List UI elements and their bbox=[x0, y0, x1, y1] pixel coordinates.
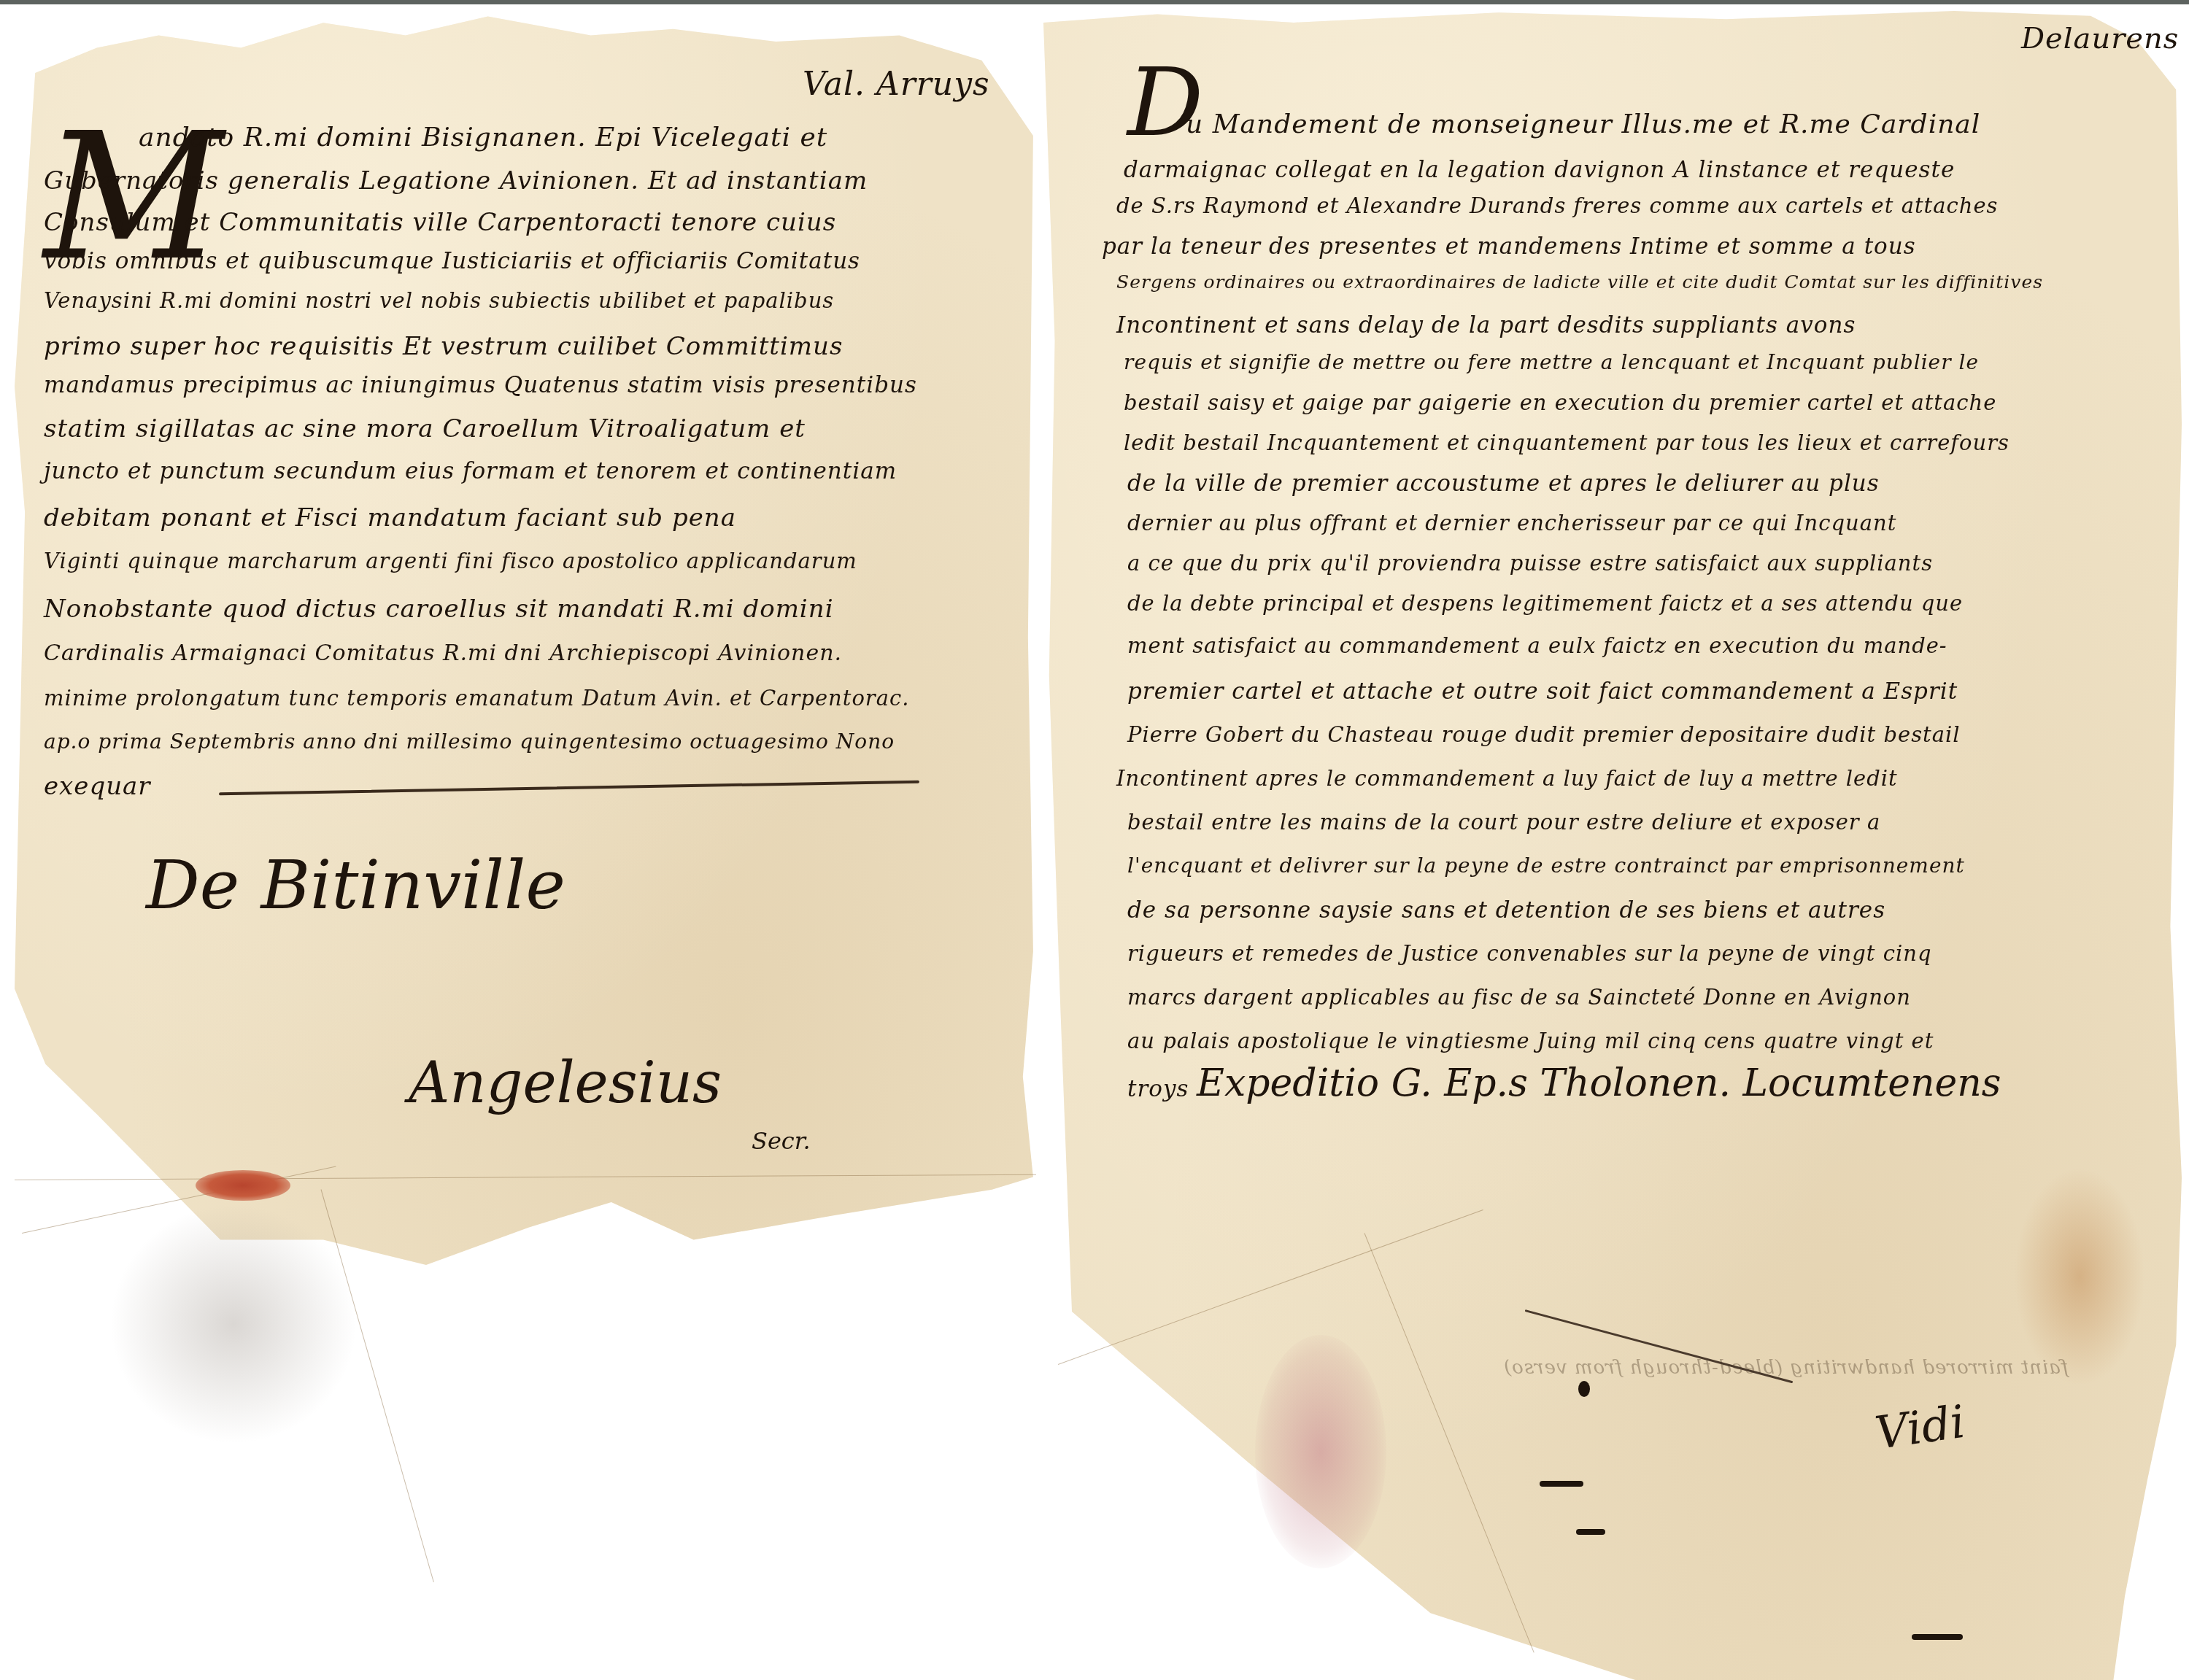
right-annotation: Delaurens bbox=[2021, 22, 2179, 55]
text-line: mandamus precipimus ac iniungimus Quaten… bbox=[44, 372, 917, 398]
text-line: debitam ponant et Fisci mandatum faciant… bbox=[44, 503, 736, 533]
text-line: Sergens ordinaires ou extraordinaires de… bbox=[1116, 271, 2043, 293]
signature-expeditio: Expeditio G. Ep.s Tholonen. Locumtenens bbox=[1197, 1061, 2001, 1105]
text-line: Cardinalis Armaignaci Comitatus R.mi dni… bbox=[44, 640, 842, 666]
text-line: ledit bestail Incquantement et cinquante… bbox=[1124, 430, 2010, 455]
text-line: statim sigillatas ac sine mora Caroellum… bbox=[44, 414, 806, 444]
left-page-stain bbox=[109, 1204, 358, 1444]
closing-word: exequar bbox=[44, 772, 151, 801]
text-line: andato R.mi domini Bisignanen. Epi Vicel… bbox=[139, 123, 827, 152]
bleed-through-text: faint mirrored handwriting (bleed-throug… bbox=[1503, 1357, 2068, 1379]
text-line: primo super hoc requisitis Et vestrum cu… bbox=[44, 332, 843, 361]
text-line: requis et signifie de mettre ou fere met… bbox=[1124, 350, 1979, 374]
signature-de-bitinville: De Bitinville bbox=[146, 846, 565, 924]
text-line: Incontinent et sans delay de la part des… bbox=[1116, 312, 1856, 338]
text-line: marcs dargent applicables au fisc de sa … bbox=[1127, 985, 1911, 1010]
ink-dash bbox=[1540, 1481, 1583, 1487]
text-line: a ce que du prix qu'il proviendra puisse… bbox=[1127, 551, 1933, 576]
water-stain bbox=[2014, 1167, 2145, 1386]
text-line: Nonobstante quod dictus caroellus sit ma… bbox=[44, 595, 834, 624]
text-line: juncto et punctum secundum eius formam e… bbox=[44, 458, 897, 484]
text-line: Viginti quinque marcharum argenti fini f… bbox=[44, 549, 857, 573]
left-annotation: Val. Arruys bbox=[803, 66, 990, 103]
text-line: ment satisfaict au commandement a eulx f… bbox=[1127, 633, 1947, 658]
text-line: premier cartel et attache et outre soit … bbox=[1127, 678, 1958, 705]
text-line: Gubernatoris generalis Legatione Avinion… bbox=[44, 166, 868, 196]
closing-line: troys bbox=[1127, 1076, 1189, 1102]
text-line: par la teneur des presentes et mandemens… bbox=[1102, 233, 1916, 260]
text-line: rigueurs et remedes de Justice convenabl… bbox=[1127, 941, 1931, 966]
text-line: de S.rs Raymond et Alexandre Durands fre… bbox=[1116, 193, 1999, 218]
text-line: de la ville de premier accoustume et apr… bbox=[1127, 471, 1880, 497]
text-line: Venaysini R.mi domini nostri vel nobis s… bbox=[44, 288, 834, 313]
text-line: au palais apostolique le vingtiesme Juin… bbox=[1127, 1029, 1934, 1053]
wax-seal-remnant bbox=[196, 1170, 290, 1201]
text-line: bestail entre les mains de la court pour… bbox=[1127, 810, 1880, 835]
text-line: minime prolongatum tunc temporis emanatu… bbox=[44, 686, 909, 711]
red-seal-stain bbox=[1255, 1335, 1386, 1568]
text-line: darmaignac collegat en la legation davig… bbox=[1124, 157, 1955, 183]
ink-blot bbox=[1578, 1381, 1590, 1397]
ink-dash bbox=[1912, 1634, 1963, 1640]
text-line: Consulum et Communitatis ville Carpentor… bbox=[44, 208, 836, 237]
text-line: de la debte principal et despens legitim… bbox=[1127, 591, 1963, 616]
text-line: Pierre Gobert du Chasteau rouge dudit pr… bbox=[1127, 722, 1961, 747]
text-line: Incontinent apres le commandement a luy … bbox=[1116, 766, 1898, 791]
text-line: l'encquant et delivrer sur la peyne de e… bbox=[1127, 853, 1965, 878]
text-line: dernier au plus offrant et dernier enche… bbox=[1127, 511, 1896, 535]
text-line: ap.o prima Septembris anno dni millesimo… bbox=[44, 729, 895, 754]
signature-angelesius: Angelesius bbox=[409, 1050, 722, 1116]
text-line: vobis omnibus et quibuscumque Iusticiari… bbox=[44, 248, 860, 274]
scanner-edge bbox=[0, 0, 2189, 4]
text-line: bestail saisy et gaige par gaigerie en e… bbox=[1124, 390, 1996, 415]
signature-secretary-mark: Secr. bbox=[752, 1127, 811, 1155]
ink-dash bbox=[1576, 1529, 1605, 1535]
text-line: de sa personne saysie sans et detention … bbox=[1127, 897, 1885, 924]
text-line: u Mandement de monseigneur Illus.me et R… bbox=[1186, 109, 1980, 139]
